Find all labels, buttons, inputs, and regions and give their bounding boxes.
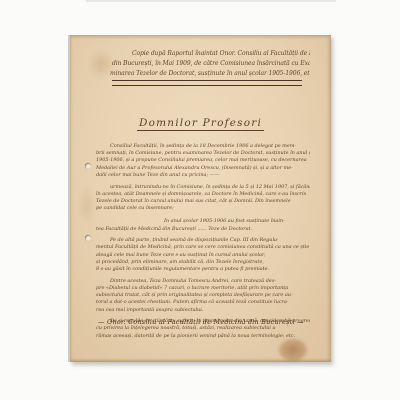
handwritten-line: tea Facultății de Medicină din București… <box>96 226 310 233</box>
handwritten-line: Pe de altă parte, ținând seamă de dispoz… <box>96 237 310 244</box>
body-text: Consiliul Facultății, în ședința de la 1… <box>96 143 310 344</box>
header-line: minarea Tezelor de Doctorat, susținute î… <box>110 69 310 79</box>
handwritten-line: mentul Facultății de Medicină, prin care… <box>96 244 310 251</box>
handwritten-line: urmează, întrunindu-ne în Comisiune, în … <box>96 184 310 191</box>
handwritten-line: dalii celor mai bune Teze din anul cu pr… <box>96 172 310 179</box>
body-paragraph: Dintre acestea, Teza Domnului Tomescu An… <box>96 278 310 314</box>
handwritten-line: pe candidat cele cu însemnare; <box>96 205 310 212</box>
body-paragraph: În anul școlar 1905-1906 au fost susținu… <box>96 218 310 232</box>
handwritten-line: Medaliei de Aur a Profesorului Alexandru… <box>96 165 310 172</box>
handwritten-line: cu privirea la înțelegerea noastră, totu… <box>96 325 310 332</box>
handwritten-line: brii semnați, în Comisiune, pentru exami… <box>96 150 310 157</box>
header-line: Copie după Raportul înaintat Onor. Consi… <box>110 49 310 59</box>
punch-hole <box>85 163 91 169</box>
handwritten-line: torul a dat-o acestei chestiuni. Putem a… <box>96 299 310 306</box>
handwritten-line: pre «Diabetul cu diabetid» 7 cazuri, o l… <box>96 285 310 292</box>
header-line: din București, în Mai 1909, de către Com… <box>110 59 310 69</box>
body-paragraph: Consiliul Facultății, în ședința de la 1… <box>96 143 310 179</box>
handwritten-line: Tezele de Doctorat în cursul anului mai … <box>96 198 310 205</box>
paper-stain <box>78 185 96 225</box>
handwritten-line: 8 s-au găsit în condițiunile regulamenta… <box>96 266 310 273</box>
handwritten-line: subiectului tratat, cât și prin original… <box>96 292 310 299</box>
handwritten-line: aleagă cele mai bune Teze care s-au susț… <box>96 252 310 259</box>
body-paragraph: Pe de altă parte, ținând seamă de dispoz… <box>96 237 310 273</box>
salutation-heading: Domnilor Profesori <box>70 117 331 129</box>
closing-line: — Onor. Consiliu al Facultății de Medici… <box>98 318 308 326</box>
double-rule-divider <box>112 80 302 86</box>
punch-hole <box>85 235 91 241</box>
handwritten-line: și procedând, prin eliminare, am stabili… <box>96 259 310 266</box>
handwritten-line: Consiliul Facultății, în ședința de la 1… <box>96 143 310 150</box>
handwritten-line: rea cea mai importantă asupra subiectulu… <box>96 307 310 314</box>
adjacent-item-edge <box>86 0 336 2</box>
handwritten-line: Dintre acestea, Teza Domnului Tomescu An… <box>96 278 310 285</box>
body-paragraph: urmează, întrunindu-ne în Comisiune, în … <box>96 184 310 213</box>
paper-edge-highlight <box>68 35 70 362</box>
handwritten-line: rămas aceeași, datorită de pe la pionier… <box>96 333 310 340</box>
handwritten-line: 1905-1906, și a propune Consiliului prem… <box>96 157 310 164</box>
manuscript-page: Copie după Raportul înaintat Onor. Consi… <box>70 35 331 362</box>
photo-of-manuscript: Copie după Raportul înaintat Onor. Consi… <box>0 0 400 400</box>
handwritten-line: În anul școlar 1905-1906 au fost susținu… <box>96 218 310 225</box>
document-header: Copie după Raportul înaintat Onor. Consi… <box>110 49 310 79</box>
handwritten-line: în acestea, atât Doamnele și domnișoarel… <box>96 191 310 198</box>
